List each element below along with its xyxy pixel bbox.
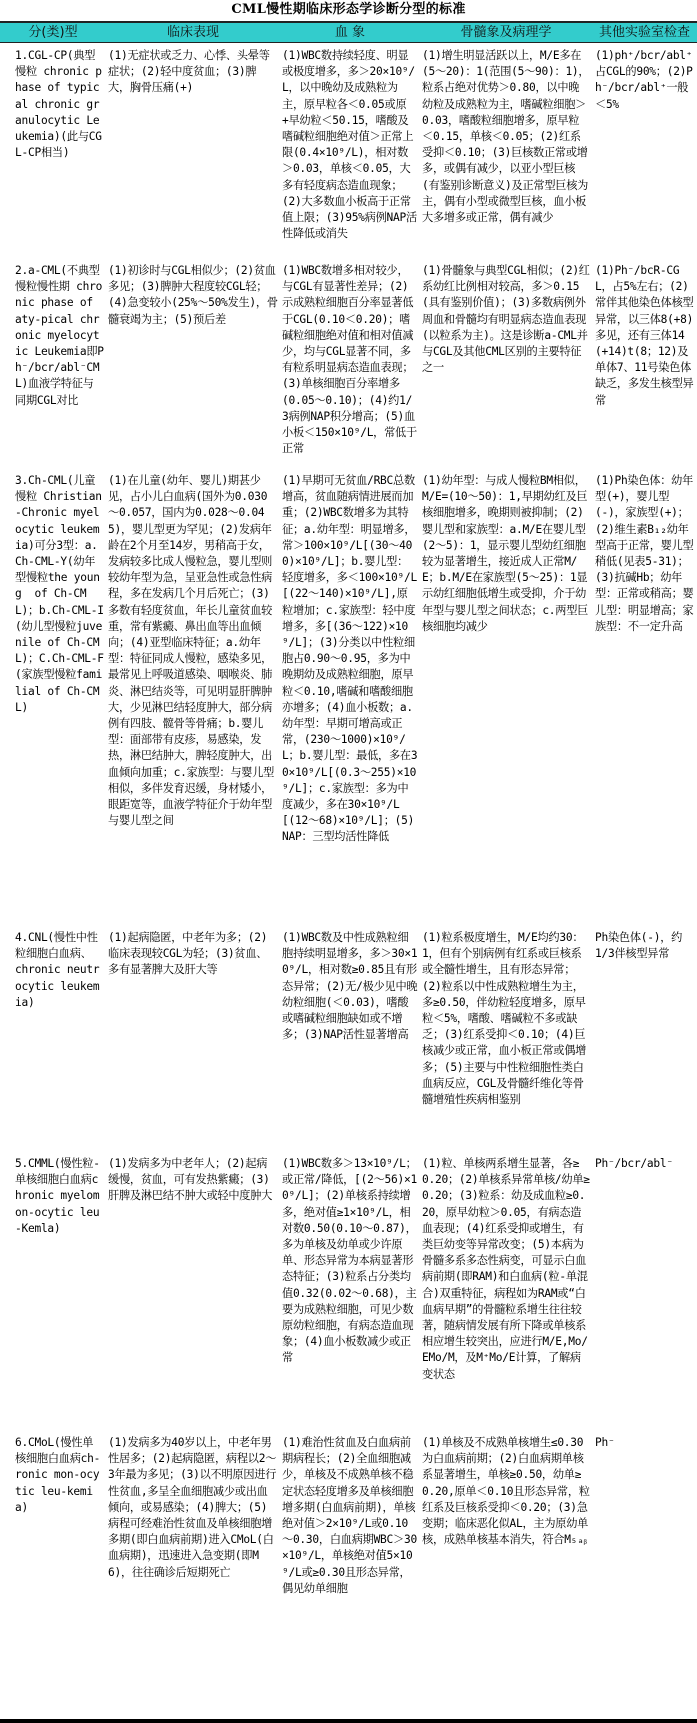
cell-other: (1)Ph⁻/bcR-CGL，占5%左右；(2)常伴其他染色体核型异常，以三体8… xyxy=(592,263,697,409)
cell-type: 5.CMML(慢性粒-单核细胞白血病chronic myelomon-ocyti… xyxy=(0,1156,106,1237)
cell-type: 3.Ch-CML(儿童慢粒 Christian-Chronic myelocyt… xyxy=(0,473,106,716)
table-row: 5.CMML(慢性粒-单核细胞白血病chronic myelomon-ocyti… xyxy=(0,1156,697,1435)
cell-other: (1)ph⁺/bcr/abl⁺占CGL的90%；(2)Ph⁻/bcr/abl⁺一… xyxy=(592,48,697,113)
header-marrow: 骨髓象及病理学 xyxy=(420,23,592,42)
header-clinical: 临床表现 xyxy=(106,23,280,42)
cell-clinical: (1)起病隐匿，中老年为多；(2)临床表现较CGL为轻；(3)贫血、多有显著脾大… xyxy=(106,930,280,979)
cell-marrow: (1)粒系极度增生，M/E均约30：1，但有个别病例有红系或巨核系或全髓性增生，… xyxy=(420,930,592,1108)
cell-type: 1.CGL-CP(典型慢粒 chronic phase of typical c… xyxy=(0,48,106,161)
cell-type: 4.CNL(慢性中性粒细胞白血病、 chronic neutrocytic le… xyxy=(0,930,106,1011)
cell-blood: (1)WBC数增多相对较少，与CGL有显著性差异；(2)示成熟粒细胞百分率显著低… xyxy=(280,263,420,457)
cell-clinical: (1)在儿童(幼年、婴儿)期甚少见，占小儿白血病(国外为0.030～0.057，… xyxy=(106,473,280,829)
table-title: CML慢性期临床形态学诊断分型的标准 xyxy=(0,2,697,18)
cell-type: 6.CMoL(慢性单核细胞白血病ch-ronic mon-ocytic leu-… xyxy=(0,1435,106,1516)
cell-marrow: (1)粒、单核两系增生显著，各≥0.20；(2)单核系异常单核/幼单≥0.20；… xyxy=(420,1156,592,1383)
cell-marrow: (1)增生明显活跃以上，M/E多在(5～20)：1(范围(5～90)：1)，粒系… xyxy=(420,48,592,226)
cell-clinical: (1)发病多为40岁以上，中老年男性居多；(2)起病隐匿，病程以2～3年最为多见… xyxy=(106,1435,280,1581)
cell-blood: (1)WBC数持续轻度、明显或极度增多，多＞20×10⁹/L，以中晚幼及成熟粒为… xyxy=(280,48,420,242)
header-type: 分(类)型 xyxy=(0,23,106,42)
cell-blood: (1)WBC数及中性成熟粒细胞持续明显增多，多＞30×10⁹/L，相对数≥0.8… xyxy=(280,930,420,1043)
table-row: 4.CNL(慢性中性粒细胞白血病、 chronic neutrocytic le… xyxy=(0,930,697,1156)
table-row: 3.Ch-CML(儿童慢粒 Christian-Chronic myelocyt… xyxy=(0,473,697,930)
cell-marrow: (1)骨髓象与典型CGL相似；(2)红系幼红比例相对较高，多＞0.15(具有鉴别… xyxy=(420,263,592,376)
table-row: 1.CGL-CP(典型慢粒 chronic phase of typical c… xyxy=(0,48,697,263)
cell-clinical: (1)发病多为中老年人；(2)起病缓慢，贫血，可有发热紫癜；(3)肝脾及淋巴结不… xyxy=(106,1156,280,1205)
cell-blood: (1)早期可无贫血/RBC总数增高，贫血随病情进展而加重；(2)WBC数增多为其… xyxy=(280,473,420,846)
cell-blood: (1)难治性贫血及白血病前期病程长；(2)全血细胞减少，单核及不成熟单核不稳定状… xyxy=(280,1435,420,1597)
cell-clinical: (1)无症状或乏力、心悸、头晕等症状；(2)轻中度贫血；(3)脾大，胸骨压痛(+… xyxy=(106,48,280,97)
table-row: 2.a-CML(不典型慢粒慢性期 chronic phase of aty-pi… xyxy=(0,263,697,473)
table-row: 6.CMoL(慢性单核细胞白血病ch-ronic mon-ocytic leu-… xyxy=(0,1435,697,1635)
cell-other: (1)Ph染色体：幼年型(+)，婴儿型(-)，家族型(+)；(2)维生素B₁₂幼… xyxy=(592,473,697,635)
table-bottom-rule xyxy=(0,1719,697,1723)
cell-other: Ph⁻ xyxy=(592,1435,697,1451)
cell-marrow: (1)单核及不成熟单核增生≤0.30为白血病前期；(2)白血病期单核系显著增生，… xyxy=(420,1435,592,1548)
cell-marrow: (1)幼年型：与成人慢粒BM相似，M/E=(10～50)：1,早期幼红及巨核细胞… xyxy=(420,473,592,635)
cell-other: Ph⁻/bcr/abl⁻ xyxy=(592,1156,697,1172)
cml-criteria-table: 分(类)型 临床表现 血 象 骨髓象及病理学 其他实验室检查 1.CGL-CP(… xyxy=(0,21,697,1635)
cell-blood: (1)WBC数多＞13×10⁹/L；或正常/降低，[(2～56)×10⁹/L]；… xyxy=(280,1156,420,1367)
header-other: 其他实验室检查 xyxy=(592,23,697,42)
table-header: 分(类)型 临床表现 血 象 骨髓象及病理学 其他实验室检查 xyxy=(0,21,697,43)
cell-other: Ph染色体(-)，约1/3伴核型异常 xyxy=(592,930,697,962)
cell-clinical: (1)初诊时与CGL相似少；(2)贫血多见；(3)脾肿大程度较CGL轻；(4)急… xyxy=(106,263,280,328)
cell-type: 2.a-CML(不典型慢粒慢性期 chronic phase of aty-pi… xyxy=(0,263,106,409)
header-blood: 血 象 xyxy=(280,23,420,42)
